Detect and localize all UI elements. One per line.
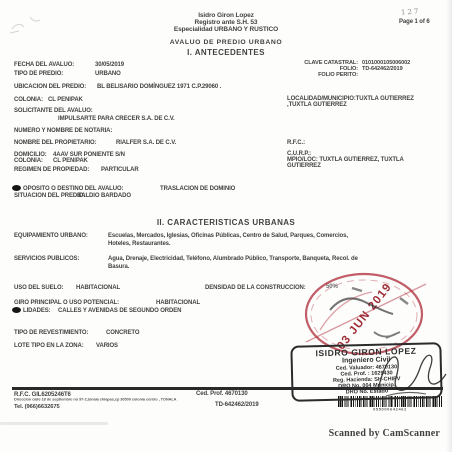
servicios-label: SERVICIOS PUBLICOS: [14,256,79,263]
localidad-line2: ,TUXTLA GUTIERREZ [287,102,414,108]
revestimiento-value: CONCRETO [106,330,139,337]
equipamiento-label: EQUIPAMIENTO URBANO: [14,233,88,240]
situacion-label: SITUACION DEL PREDIO: [14,193,85,200]
catastral-labels: CLAVE CATASTRAL: FOLIO: FOLIO PERITO: [258,61,358,78]
scan-smudge [0,422,108,425]
redaction-dot-2 [12,307,21,313]
proposito-value: TRASLACION DE DOMINIO [160,186,235,193]
notaria-label: NUMERO Y NOMBRE DE NOTARIA: [14,128,112,135]
page-indicator: Page 1 of 6 [399,19,430,26]
footer-tel: Tel. (966)6632675 [14,404,60,411]
ubicacion-value: BL BELISARIO DOMÍNGUEZ 1971 C.P.29060 . [97,84,221,91]
situacion-value: BALDIO BARDADO [77,193,131,200]
densidad-label: DENSIDAD DE LA CONSTRUCCION: [205,285,306,292]
uso-suelo-label: USO DEL SUELO: [14,285,64,292]
section1-title: I. ANTECEDENTES [0,49,452,56]
footer-folio: TD-642462/2019 [215,402,259,409]
giro-label: GIRO PRINCIPAL O USO POTENCIAL: [14,300,119,307]
section2-title: II. CARACTERISTICAS URBANAS [0,219,452,226]
propietario-value: RIALFER S.A. DE C.V. [116,140,176,147]
localidad-municipio: LOCALIDAD/MUNICIPIO:TUXTLA GUTIERREZ ,TU… [287,96,414,108]
footer-address: Dirección calle 18 de septiembre no 97-2… [14,398,176,403]
mpio-loc: MPIO/LOC: TUXTLA GUTIERREZ, TUXTLA GUTIE… [287,157,404,169]
document-title: AVALUO DE PREDIO URBANO [0,39,452,46]
registry-line: Registro ante S.H. 53 [0,19,452,26]
solicitante-value: IMPULSARTE PARA CRECER S.A. DE C.V. [58,116,175,123]
fecha-avaluo-value: 30/05/2019 [95,62,124,69]
footer-ced-prof: Ced. Prof. 4670130 [196,391,248,398]
folio-value: TD-642462/2019 [362,67,410,73]
specialty-line: Especialidad URBANO Y RUSTICO [0,26,452,33]
revestimiento-label: TIPO DE REVESTIMIENTO: [14,330,88,337]
lote-tipo-value: VARIOS [96,343,118,350]
vialidades-value: CALLES Y AVENIDAS DE SEGUNDO ORDEN [58,308,181,315]
regimen-value: PARTICULAR [101,167,139,174]
solicitante-label: SOLICITANTE DEL AVALUO: [14,108,93,115]
rfc-label: R.F.C.: [287,140,305,147]
appraiser-name: Isidro Giron Lopez [0,12,452,19]
catastral-values: 0101000105006002 TD-642462/2019 [362,61,410,73]
lote-tipo-label: LOTE TIPO EN LA ZONA: [14,343,84,350]
redaction-dot [12,185,21,191]
tipo-predio-label: TIPO DE PREDIO: [14,71,63,78]
scanned-document-page: Isidro Giron Lopez Registro ante S.H. 53… [0,0,452,452]
equipamiento-value: Escuelas, Mercados, Iglesias, Oficinas P… [108,233,363,248]
barcode-number: 055000642462 [338,408,442,413]
fecha-avaluo-label: FECHA DEL AVALUO: [14,62,74,69]
proposito-label: OPOSITO O DESTINO DEL AVALUO: [23,186,123,193]
vialidades-label: LIDADES: [23,308,51,315]
colonia2-value: CL PENIPAK [53,158,88,165]
signature [366,338,450,404]
camscanner-watermark: Scanned by CamScanner [329,428,440,439]
regimen-label: REGIMEN DE PROPIEDAD: [14,167,89,174]
handwritten-page-number: 127 [401,7,421,16]
uso-suelo-value: HABITACIONAL [76,285,120,292]
giro-value: HABITACIONAL [156,300,200,307]
propietario-label: NOMBRE DEL PROPIETARIO: [14,140,96,147]
colonia2-label: COLONIA: [14,158,43,165]
tipo-predio-value: URBANO [95,71,121,78]
mpio-line2: GUTIERREZ [287,163,404,169]
colonia-value: CL PENIPAK [48,97,83,104]
ubicacion-label: UBICACION DEL PREDIO: [14,84,86,91]
colonia-label: COLONIA: [14,97,43,104]
folio-perito-label: FOLIO PERITO: [258,73,358,79]
